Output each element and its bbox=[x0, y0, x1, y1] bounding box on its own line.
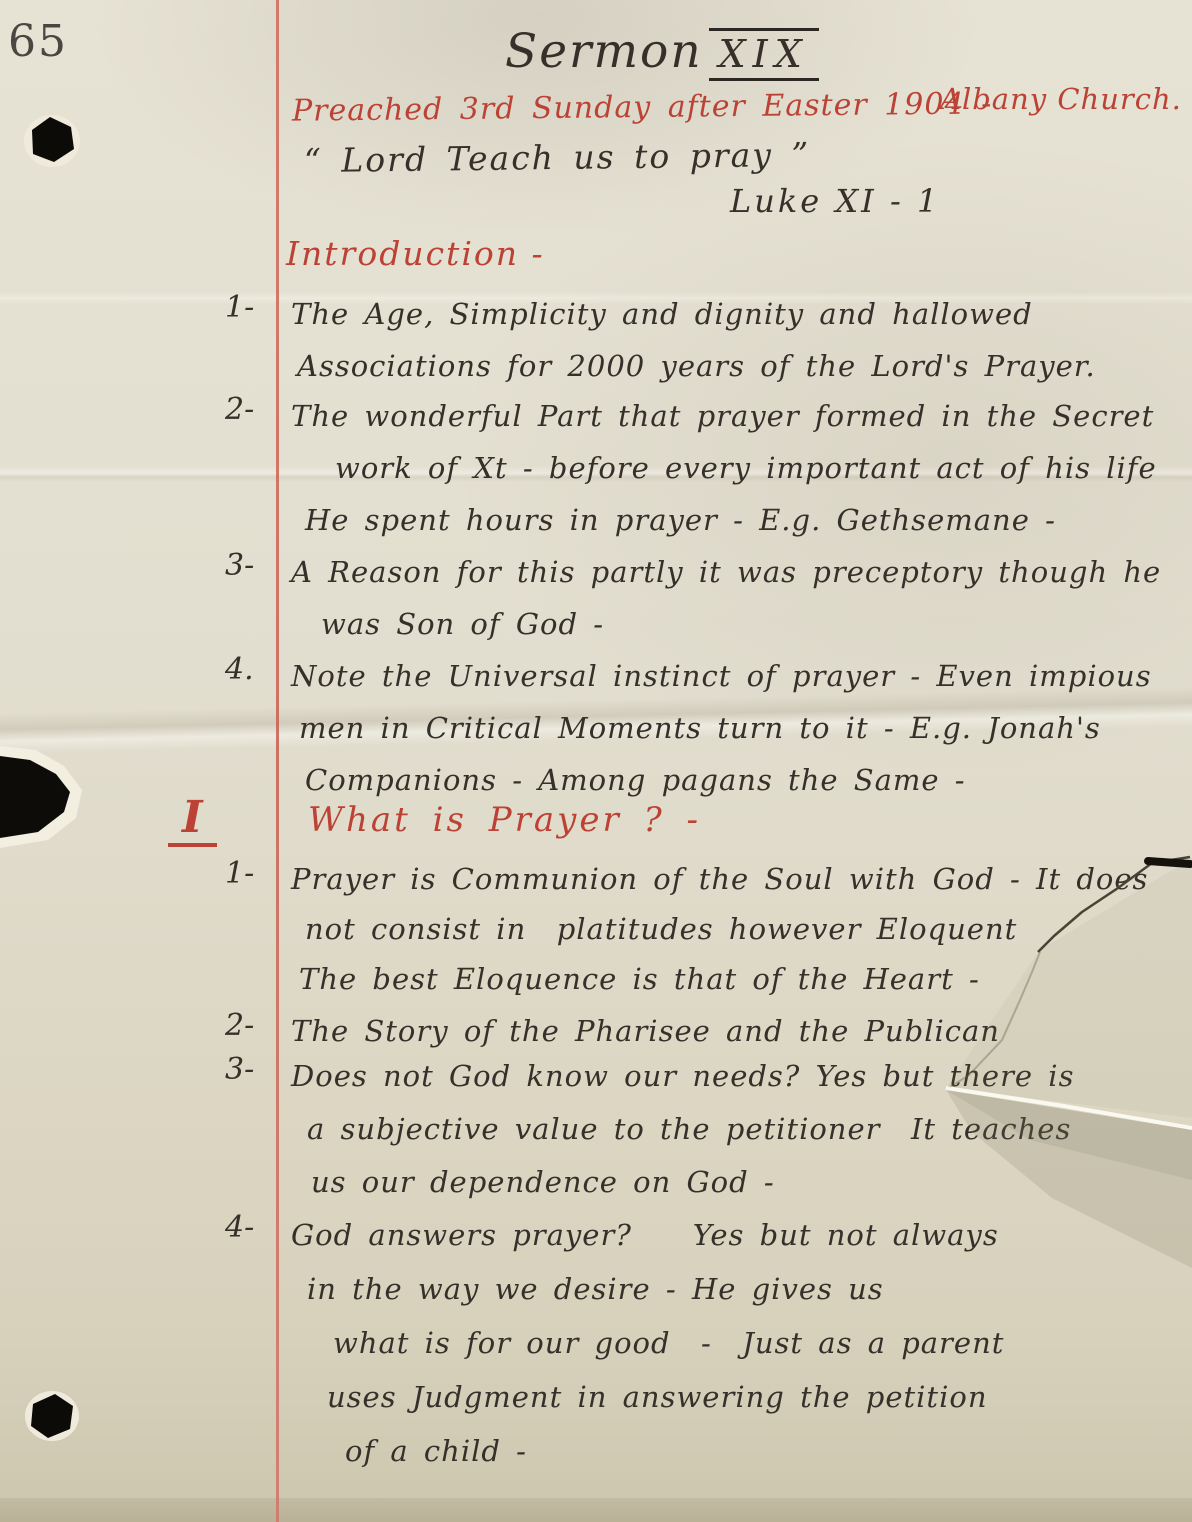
torn-hole-left bbox=[0, 746, 82, 848]
manuscript-page: 65 SermonXIX Preached 3rd Sunday after E… bbox=[0, 0, 1192, 1522]
folded-corner-right bbox=[946, 1088, 1192, 1268]
punch-hole-bottom bbox=[25, 1391, 79, 1441]
paper-damage-overlay bbox=[0, 0, 1192, 1522]
torn-edge-right bbox=[946, 857, 1192, 1118]
punch-hole-top bbox=[24, 115, 80, 167]
